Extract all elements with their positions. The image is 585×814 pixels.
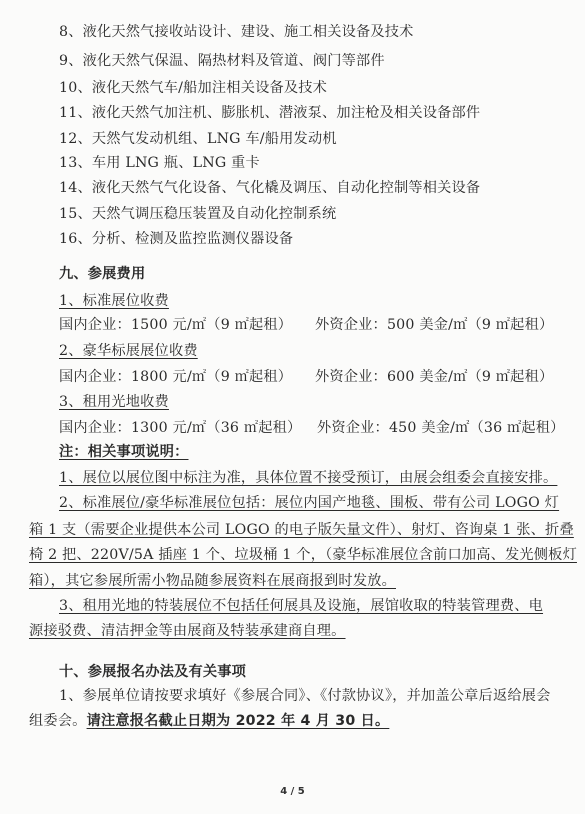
note-1: 1、展位以展位图中标注为准，具体位置不接受预订，由展会组委会直接安排。 <box>59 469 557 487</box>
exhibit-item-12: 12、天然气发动机组、LNG 车/船用发动机 <box>59 130 337 148</box>
exhibit-item-11: 11、液化天然气加注机、膨胀机、潜液泵、加注枪及相关设备部件 <box>59 104 480 122</box>
note-2-line-2: 箱 1 支（需要企业提供本公司 LOGO 的电子版矢量文件）、射灯、咨询桌 1 … <box>29 521 574 539</box>
note-3-line-1: 3、租用光地的特装展位不包括任何展具及设施，展馆收取的特装管理费、电 <box>59 597 543 615</box>
document-page: 8、液化天然气接收站设计、建设、施工相关设备及技术 9、液化天然气保温、隔热材料… <box>0 0 585 814</box>
fee-foreign-raw-space: 外资企业：450 美金/㎡（36 ㎡起租） <box>317 419 565 437</box>
registration-deadline: 请注意报名截止日期为 2022 年 4 月 30 日。 <box>87 713 390 729</box>
page-number: 4 / 5 <box>0 786 585 797</box>
fee-title-deluxe: 2、豪华标展展位收费 <box>59 342 198 360</box>
fee-foreign-deluxe: 外资企业：600 美金/㎡（9 ㎡起租） <box>315 368 553 386</box>
note-3-line-2: 源接驳费、清洁押金等由展商及特装承建商自理。 <box>29 622 346 640</box>
fee-title-standard: 1、标准展位收费 <box>59 292 169 310</box>
registration-paragraph-line-2: 组委会。请注意报名截止日期为 2022 年 4 月 30 日。 <box>29 712 389 730</box>
note-2-line-1: 2、标准展位/豪华标准展位包括：展位内国产地毯、围板、带有公司 LOGO 灯 <box>59 494 559 512</box>
exhibit-item-10: 10、液化天然气车/船加注相关设备及技术 <box>59 79 327 97</box>
section-10-heading: 十、参展报名办法及有关事项 <box>59 663 246 681</box>
registration-paragraph-line-1: 1、参展单位请按要求填好《参展合同》、《付款协议》，并加盖公章后返给展会 <box>59 687 551 705</box>
fee-domestic-raw-space: 国内企业：1300 元/㎡（36 ㎡起租） <box>59 419 301 437</box>
notes-heading: 注：相关事项说明： <box>59 443 189 461</box>
note-2-line-3: 椅 2 把、220V/5A 插座 1 个、垃圾桶 1 个，（豪华标准展位含前口加… <box>29 546 577 564</box>
exhibit-item-14: 14、液化天然气气化设备、气化橇及调压、自动化控制等相关设备 <box>59 179 480 197</box>
exhibit-item-16: 16、分析、检测及监控监测仪器设备 <box>59 230 293 248</box>
exhibit-item-9: 9、液化天然气保温、隔热材料及管道、阀门等部件 <box>59 52 385 70</box>
fee-domestic-deluxe: 国内企业：1800 元/㎡（9 ㎡起租） <box>59 368 292 386</box>
note-2-line-4: 箱），其它参展所需小物品随参展资料在展商报到时发放。 <box>29 572 396 590</box>
fee-title-raw-space: 3、租用光地收费 <box>59 393 169 411</box>
section-9-heading: 九、参展费用 <box>59 265 145 283</box>
exhibit-item-13: 13、车用 LNG 瓶、LNG 重卡 <box>59 154 260 172</box>
fee-foreign-standard: 外资企业：500 美金/㎡（9 ㎡起租） <box>315 316 553 334</box>
fee-domestic-standard: 国内企业：1500 元/㎡（9 ㎡起租） <box>59 316 292 334</box>
exhibit-item-8: 8、液化天然气接收站设计、建设、施工相关设备及技术 <box>59 23 414 41</box>
registration-paragraph-prefix: 组委会。 <box>29 713 87 729</box>
exhibit-item-15: 15、天然气调压稳压装置及自动化控制系统 <box>59 205 336 223</box>
